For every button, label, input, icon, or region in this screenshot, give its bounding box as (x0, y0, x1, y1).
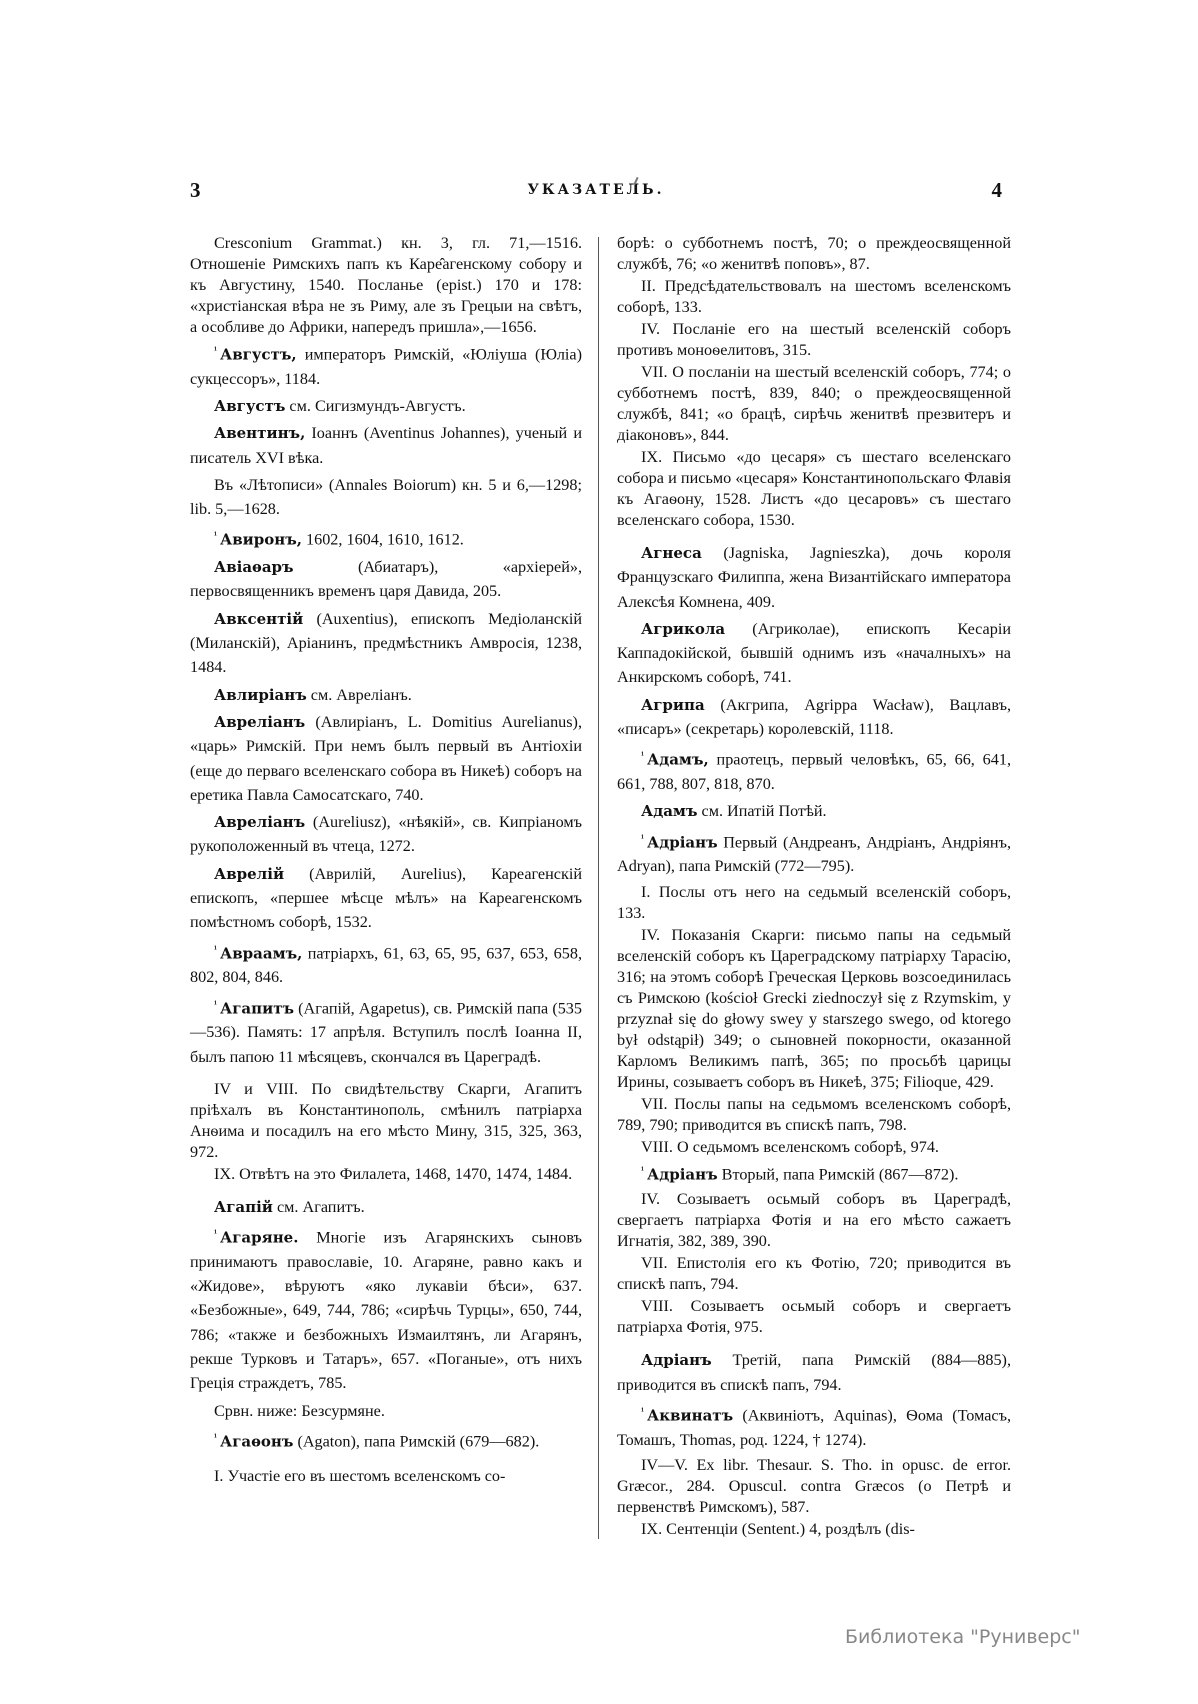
entry-marker: ¹ (641, 1406, 644, 1417)
entry-marker: ¹ (641, 750, 644, 761)
index-entry: ¹Агаѳонъ (Agaton), папа Римскій (679—682… (190, 1426, 582, 1454)
index-entry: IV. Созываетъ осьмый соборъ въ Цареградѣ… (617, 1189, 1011, 1252)
entry-text: VII. Послы папы на седьмомъ вселенскомъ … (617, 1095, 1011, 1134)
entry-text: IV. Посланіе его на шестый вселенскій со… (617, 320, 1011, 359)
index-entry: Агрикола (Агриколае), епископъ Кесаріи К… (617, 617, 1011, 690)
index-entry: I. Послы отъ него на седьмый вселенскій … (617, 882, 1011, 924)
entry-headword: Агапій (214, 1198, 273, 1216)
entry-text: IV и VIII. По свидѣтельству Скарги, Агап… (190, 1080, 582, 1161)
index-entry: VII. Епистолія его къ Фотію, 720; привод… (617, 1253, 1011, 1295)
entry-headword: Авлиріанъ (214, 686, 307, 704)
entry-text: IX. Письмо «до цесаря» съ шестаго вселен… (617, 448, 1011, 529)
index-entry: I. Участіе его въ шестомъ вселенскомъ со… (190, 1464, 582, 1488)
right-column: борѣ: о субботнемъ постѣ, 70; о преждеос… (617, 233, 1011, 1541)
entry-marker: ¹ (214, 530, 217, 541)
entry-headword: Авіаѳаръ (214, 558, 294, 576)
index-entry: Авлиріанъ см. Авреліанъ. (190, 683, 582, 707)
index-entry: Агапій см. Агапитъ. (190, 1195, 582, 1219)
entry-text: Cresconium Grammat.) кн. 3, гл. 71,—1516… (190, 234, 582, 336)
index-entry: Въ «Лѣтописи» (Annales Boiorum) кн. 5 и … (190, 473, 582, 522)
entry-marker: ¹ (641, 833, 644, 844)
index-entry: Аврелій (Аврилій, Aurelius), Кареагенскі… (190, 862, 582, 935)
page-header: 3 УКАЗАТЕЛЬ. 4 (190, 178, 1002, 204)
entry-text: см. Агапитъ. (273, 1198, 365, 1216)
entry-marker: ¹ (214, 999, 217, 1010)
index-entry: ¹Аквинатъ (Аквиніотъ, Aquinas), Ѳома (То… (617, 1400, 1011, 1452)
entry-headword: Авраамъ, (220, 944, 302, 962)
entry-text: 1602, 1604, 1610, 1612. (302, 531, 464, 549)
entry-text: VII. Епистолія его къ Фотію, 720; привод… (617, 1254, 1011, 1293)
entry-marker: ¹ (214, 1228, 217, 1239)
entry-text: IX. Отвѣтъ на это Филалета, 1468, 1470, … (214, 1165, 572, 1183)
index-entry: ¹Адріанъ Вторый, папа Римскій (867—872). (617, 1159, 1011, 1187)
entry-text: IV. Показанія Скарги: письмо папы на сед… (617, 926, 1011, 1091)
entry-headword: Аврелій (214, 865, 284, 883)
index-entry: Cresconium Grammat.) кн. 3, гл. 71,—1516… (190, 233, 582, 338)
index-entry: VII. О посланіи на шестый вселенскій соб… (617, 362, 1011, 446)
entry-text: IX. Сентенціи (Sentent.) 4, роздѣлъ (dis… (641, 1520, 915, 1538)
entry-text: I. Послы отъ него на седьмый вселенскій … (617, 883, 1011, 922)
entry-headword: Агрикола (641, 620, 725, 638)
entry-headword: Авреліанъ (214, 813, 305, 831)
index-entry: Срвн. ниже: Безсурмяне. (190, 1399, 582, 1423)
entry-text: IV. Созываетъ осьмый соборъ въ Цареградѣ… (617, 1190, 1011, 1250)
entry-headword: Агаѳонъ (220, 1432, 293, 1450)
index-entry: ¹Августъ, императоръ Римскій, «Юліуша (Ю… (190, 339, 582, 391)
index-entry: ¹Авраамъ, патріархъ, 61, 63, 65, 95, 637… (190, 938, 582, 990)
index-entry: ¹Авиронъ, 1602, 1604, 1610, 1612. (190, 524, 582, 552)
entry-headword: Агаряне. (220, 1229, 298, 1247)
index-entry: Авксентій (Auxentius), епископъ Медіолан… (190, 607, 582, 680)
entry-text: см. Ипатій Потѣй. (697, 802, 826, 820)
index-entry: ¹Агапитъ (Агапій, Agapetus), св. Римскій… (190, 993, 582, 1069)
entry-headword: Агнеса (641, 544, 702, 562)
running-title: УКАЗАТЕЛЬ. (190, 182, 1002, 198)
index-entry: Авреліанъ (Авлиріанъ, L. Domitius Aureli… (190, 710, 582, 807)
index-entry: Адріанъ Третій, папа Римскій (884—885), … (617, 1348, 1011, 1397)
entry-headword: Августъ, (220, 345, 297, 363)
entry-text: Многіе изъ Агарянскихъ сыновъ принимаютъ… (190, 1229, 582, 1393)
index-entry: VII. Послы папы на седьмомъ вселенскомъ … (617, 1094, 1011, 1136)
entry-marker: ¹ (214, 1432, 217, 1443)
entry-text: Срвн. ниже: Безсурмяне. (214, 1402, 385, 1420)
entry-headword: Адамъ (641, 802, 697, 820)
index-entry: Августъ см. Сигизмундъ-Августъ. (190, 394, 582, 418)
entry-headword: Адріанъ (647, 833, 718, 851)
entry-text: Въ «Лѣтописи» (Annales Boiorum) кн. 5 и … (190, 476, 582, 518)
index-entry: IX. Письмо «до цесаря» съ шестаго вселен… (617, 447, 1011, 531)
entry-text: II. Предсѣдательствовалъ на шестомъ всел… (617, 277, 1011, 316)
index-entry: VIII. О седьмомъ вселенскомъ соборѣ, 974… (617, 1137, 1011, 1158)
index-entry: Авреліанъ (Aureliusz), «нѣякій», св. Кип… (190, 810, 582, 859)
entry-headword: Авреліанъ (214, 713, 305, 731)
index-entry: ¹Агаряне. Многіе изъ Агарянскихъ сыновъ … (190, 1222, 582, 1395)
entry-text: VIII. О седьмомъ вселенскомъ соборѣ, 974… (641, 1138, 939, 1156)
entry-text: VIII. Созываетъ осьмый соборъ и свергает… (617, 1297, 1011, 1336)
entry-text: Вторый, папа Римскій (867—872). (718, 1165, 959, 1183)
entry-headword: Авентинъ, (214, 424, 305, 442)
library-watermark: Библиотека "Руниверс" (845, 1626, 1080, 1648)
index-entry: IX. Сентенціи (Sentent.) 4, роздѣлъ (dis… (617, 1519, 1011, 1540)
index-entry: ¹Адамъ, праотецъ, первый человѣкъ, 65, 6… (617, 744, 1011, 796)
index-entry: IV. Показанія Скарги: письмо папы на сед… (617, 925, 1011, 1093)
left-column: Cresconium Grammat.) кн. 3, гл. 71,—1516… (190, 233, 582, 1491)
index-entry: VIII. Созываетъ осьмый соборъ и свергает… (617, 1296, 1011, 1338)
entry-text: борѣ: о субботнемъ постѣ, 70; о преждеос… (617, 234, 1011, 273)
entry-text: I. Участіе его въ шестомъ вселенскомъ со… (214, 1467, 505, 1485)
entry-headword: Аквинатъ (647, 1406, 733, 1424)
entry-text: см. Сигизмундъ-Августъ. (285, 397, 465, 415)
index-entry: Авентинъ, Іоаннъ (Aventinus Johannes), у… (190, 421, 582, 470)
index-entry: Адамъ см. Ипатій Потѣй. (617, 799, 1011, 823)
entry-text: VII. О посланіи на шестый вселенскій соб… (617, 363, 1011, 444)
entry-headword: Адамъ, (647, 751, 709, 769)
index-entry: Агнеса (Jagniska, Jagnieszka), дочь коро… (617, 541, 1011, 614)
entry-headword: Адріанъ (647, 1165, 718, 1183)
index-entry: IV и VIII. По свидѣтельству Скарги, Агап… (190, 1079, 582, 1163)
index-entry: борѣ: о субботнемъ постѣ, 70; о преждеос… (617, 233, 1011, 275)
entry-headword: Августъ (214, 397, 285, 415)
column-divider (598, 237, 599, 1539)
index-entry: Авіаѳаръ (Абиатаръ), «архіерей», первосв… (190, 555, 582, 604)
entry-text: (Agaton), папа Римскій (679—682). (293, 1432, 539, 1450)
index-entry: IV. Посланіе его на шестый вселенскій со… (617, 319, 1011, 361)
index-entry: IV—V. Ex libr. Thesaur. S. Tho. in opusc… (617, 1455, 1011, 1518)
index-entry: ¹Адріанъ Первый (Андреанъ, Андріанъ, Анд… (617, 827, 1011, 879)
right-page-number: 4 (992, 178, 1003, 203)
index-entry: IX. Отвѣтъ на это Филалета, 1468, 1470, … (190, 1164, 582, 1185)
entry-headword: Адріанъ (641, 1351, 712, 1369)
index-entry: II. Предсѣдательствовалъ на шестомъ всел… (617, 276, 1011, 318)
entry-text: см. Авреліанъ. (307, 686, 412, 704)
entry-headword: Авксентій (214, 610, 303, 628)
entry-headword: Агапитъ (220, 999, 294, 1017)
entry-headword: Агрипа (641, 696, 705, 714)
entry-marker: ¹ (641, 1165, 644, 1176)
entry-headword: Авиронъ, (220, 531, 302, 549)
index-entry: Агрипа (Акгрипа, Agrippa Wacław), Вацлав… (617, 693, 1011, 742)
entry-marker: ¹ (214, 944, 217, 955)
entry-text: IV—V. Ex libr. Thesaur. S. Tho. in opusc… (617, 1456, 1011, 1516)
entry-marker: ¹ (214, 345, 217, 356)
